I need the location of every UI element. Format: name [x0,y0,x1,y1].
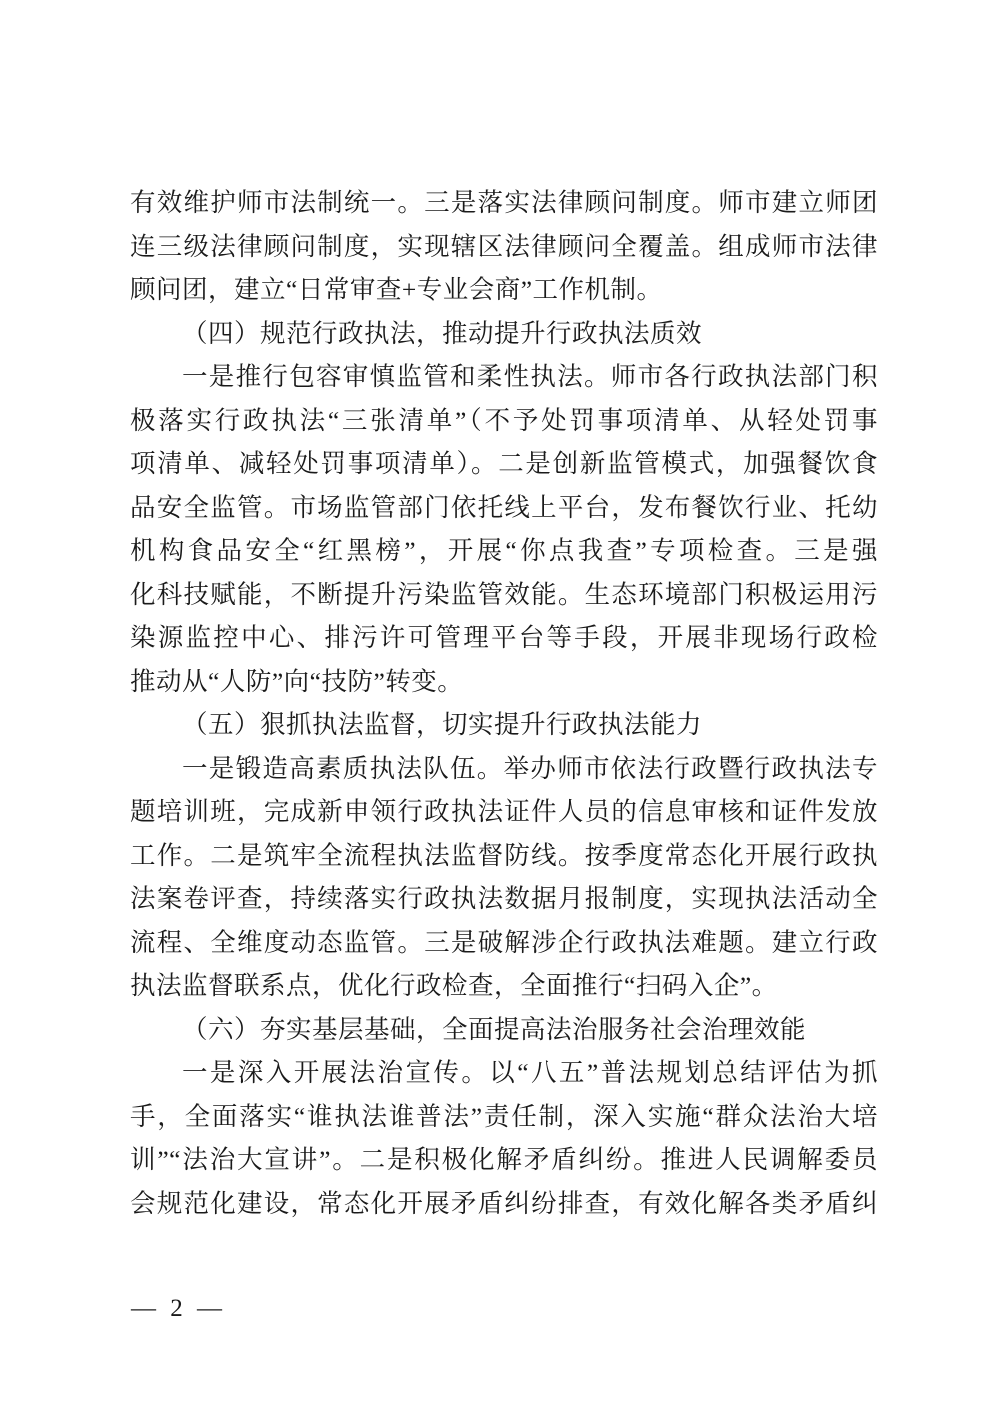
text-line-22: 手，全面落实“谁执法谁普法”责任制，深入实施“群众法治大培 [130,1095,878,1139]
text-block: 有效维护师市法制统一。三是落实法律顾问制度。师市建立师团 连三级法律顾问制度，实… [130,181,878,1225]
text-line-17: 法案卷评查，持续落实行政执法数据月报制度，实现执法活动全 [130,877,878,921]
text-line-23: 训”“法治大宣讲”。二是积极化解矛盾纠纷。推进人民调解委员 [130,1138,878,1182]
text-line-12: 推动从“人防”向“技防”转变。 [130,660,878,704]
text-line-7: 项清单、减轻处罚事项清单）。二是创新监管模式，加强餐饮食 [130,442,878,486]
page-number: — 2 — [131,1293,226,1325]
text-line-6: 极落实行政执法“三张清单”（不予处罚事项清单、从轻处罚事 [130,399,878,443]
text-line-10: 化科技赋能，不断提升污染监管效能。生态环境部门积极运用污 [130,573,878,617]
text-line-16: 工作。二是筑牢全流程执法监督防线。按季度常态化开展行政执 [130,834,878,878]
text-line-5: 一是推行包容审慎监管和柔性执法。师市各行政执法部门积 [130,355,878,399]
text-line-21: 一是深入开展法治宣传。以“八五”普法规划总结评估为抓 [130,1051,878,1095]
text-line-9: 机构食品安全“红黑榜”，开展“你点我查”专项检查。三是强 [130,529,878,573]
text-line-18: 流程、全维度动态监管。三是破解涉企行政执法难题。建立行政 [130,921,878,965]
section-heading-5: （五）狠抓执法监督，切实提升行政执法能力 [130,703,878,747]
text-line-11: 染源监控中心、排污许可管理平台等手段，开展非现场行政检查， [130,616,878,660]
text-line-19: 执法监督联系点，优化行政检查，全面推行“扫码入企”。 [130,964,878,1008]
section-heading-6: （六）夯实基层基础，全面提高法治服务社会治理效能 [130,1008,878,1052]
document-page: 有效维护师市法制统一。三是落实法律顾问制度。师市建立师团 连三级法律顾问制度，实… [0,0,1000,1414]
text-line-1: 有效维护师市法制统一。三是落实法律顾问制度。师市建立师团 [130,181,878,225]
section-heading-4: （四）规范行政执法，推动提升行政执法质效 [130,312,878,356]
text-line-15: 题培训班，完成新申领行政执法证件人员的信息审核和证件发放 [130,790,878,834]
text-line-2: 连三级法律顾问制度，实现辖区法律顾问全覆盖。组成师市法律 [130,225,878,269]
text-line-3: 顾问团，建立“日常审查+专业会商”工作机制。 [130,268,878,312]
text-line-24: 会规范化建设，常态化开展矛盾纠纷排查，有效化解各类矛盾纠 [130,1182,878,1226]
text-line-8: 品安全监管。市场监管部门依托线上平台，发布餐饮行业、托幼 [130,486,878,530]
text-line-14: 一是锻造高素质执法队伍。举办师市依法行政暨行政执法专 [130,747,878,791]
